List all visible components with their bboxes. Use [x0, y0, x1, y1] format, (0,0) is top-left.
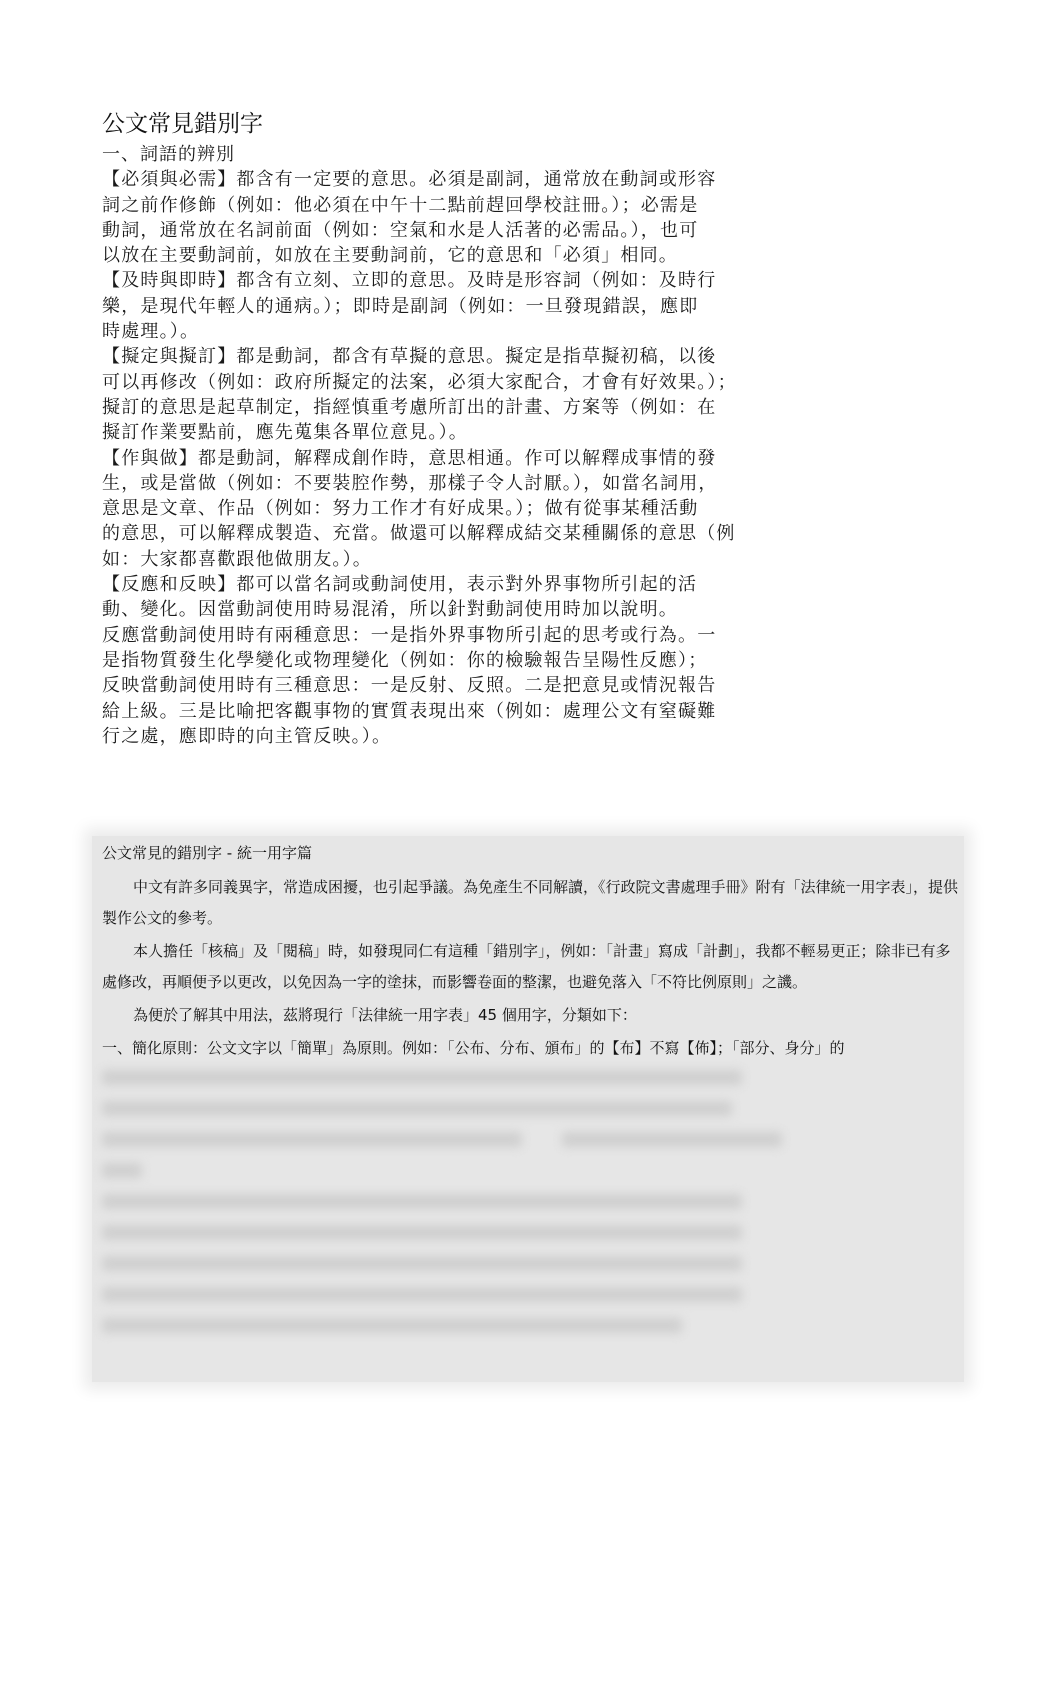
- blurred-line: [102, 1256, 742, 1271]
- text-line: 行之處，應即時的向主管反映。）。: [102, 724, 822, 749]
- paragraph: 為便於了解其中用法，茲將現行「法律統一用字表」45 個用字，分類如下：: [102, 1000, 964, 1031]
- text-line: 生，或是當做（例如：不要裝腔作勢，那樣子令人討厭。），如當名詞用，: [102, 471, 822, 496]
- text-line: 時處理。）。: [102, 319, 822, 344]
- blurred-content: [102, 1070, 964, 1333]
- text-line: 動、變化。因當動詞使用時易混淆，所以針對動詞使用時加以說明。: [102, 597, 822, 622]
- paragraph: 本人擔任「核稿」及「閱稿」時，如發現同仁有這種「錯別字」，例如：「計畫」寫成「計…: [102, 936, 964, 998]
- text-line: 給上級。三是比喻把客觀事物的實質表現出來（例如：處理公文有窒礙難: [102, 699, 822, 724]
- text-line: 反應當動詞使用時有兩種意思：一是指外界事物所引起的思考或行為。一: [102, 623, 822, 648]
- panel-title: 公文常見的錯別字 - 統一用字篇: [102, 842, 964, 864]
- text-line: 【及時與即時】都含有立刻、立即的意思。及時是形容詞（例如：及時行: [102, 268, 822, 293]
- text-line: 【擬定與擬訂】都是動詞，都含有草擬的意思。擬定是指草擬初稿，以後: [102, 344, 822, 369]
- blurred-line: [102, 1318, 682, 1333]
- text-line: 可以再修改（例如：政府所擬定的法案，必須大家配合，才會有好效果。）；: [102, 370, 822, 395]
- preview-panel-content: 公文常見的錯別字 - 統一用字篇 中文有許多同義異字，常造成困擾，也引起爭議。為…: [102, 842, 964, 1349]
- text-line: 的意思，可以解釋成製造、充當。做還可以解釋成結交某種關係的意思（例: [102, 521, 822, 546]
- text-line: 【反應和反映】都可以當名詞或動詞使用，表示對外界事物所引起的活: [102, 572, 822, 597]
- blurred-line: [102, 1132, 964, 1163]
- text-line: 動詞，通常放在名詞前面（例如：空氣和水是人活著的必需品。），也可: [102, 218, 822, 243]
- blurred-line: [102, 1225, 742, 1240]
- text-line: 是指物質發生化學變化或物理變化（例如：你的檢驗報告呈陽性反應）；: [102, 648, 822, 673]
- text-line: 【必須與必需】都含有一定要的意思。必須是副詞，通常放在動詞或形容: [102, 167, 822, 192]
- text-line: 樂，是現代年輕人的通病。）；即時是副詞（例如：一旦發現錯誤，應即: [102, 294, 822, 319]
- blurred-line: [102, 1287, 742, 1302]
- blurred-line: [102, 1070, 742, 1085]
- text-line: 如：大家都喜歡跟他做朋友。）。: [102, 547, 822, 572]
- document-section-word-distinction: 公文常見錯別字 一、詞語的辨別 【必須與必需】都含有一定要的意思。必須是副詞，通…: [102, 108, 822, 749]
- paragraph: 中文有許多同義異字，常造成困擾，也引起爭議。為免產生不同解讀，《行政院文書處理手…: [102, 872, 964, 934]
- list-item: 一、簡化原則：公文文字以「簡單」為原則。例如：「公布、分布、頒布」的【布】不寫【…: [102, 1033, 964, 1064]
- text-line: 詞之前作修飾（例如：他必須在中午十二點前趕回學校註冊。）；必需是: [102, 193, 822, 218]
- blurred-line: [102, 1194, 742, 1209]
- preview-panel-unified-characters: 公文常見的錯別字 - 統一用字篇 中文有許多同義異字，常造成困擾，也引起爭議。為…: [92, 836, 964, 1382]
- text-line: 意思是文章、作品（例如：努力工作才有好成果。）；做有從事某種活動: [102, 496, 822, 521]
- blurred-line: [102, 1101, 732, 1116]
- text-line: 以放在主要動詞前，如放在主要動詞前，它的意思和「必須」相同。: [102, 243, 822, 268]
- text-line: 擬訂作業要點前，應先蒐集各單位意見。）。: [102, 420, 822, 445]
- blurred-line: [102, 1163, 142, 1178]
- text-line: 【作與做】都是動詞，解釋成創作時，意思相通。作可以解釋成事情的發: [102, 446, 822, 471]
- section-heading: 一、詞語的辨別: [102, 142, 822, 167]
- document-title: 公文常見錯別字: [102, 108, 822, 140]
- section1-body: 【必須與必需】都含有一定要的意思。必須是副詞，通常放在動詞或形容 詞之前作修飾（…: [102, 167, 822, 749]
- text-line: 擬訂的意思是起草制定，指經慎重考慮所訂出的計畫、方案等（例如：在: [102, 395, 822, 420]
- text-line: 反映當動詞使用時有三種意思：一是反射、反照。二是把意見或情況報告: [102, 673, 822, 698]
